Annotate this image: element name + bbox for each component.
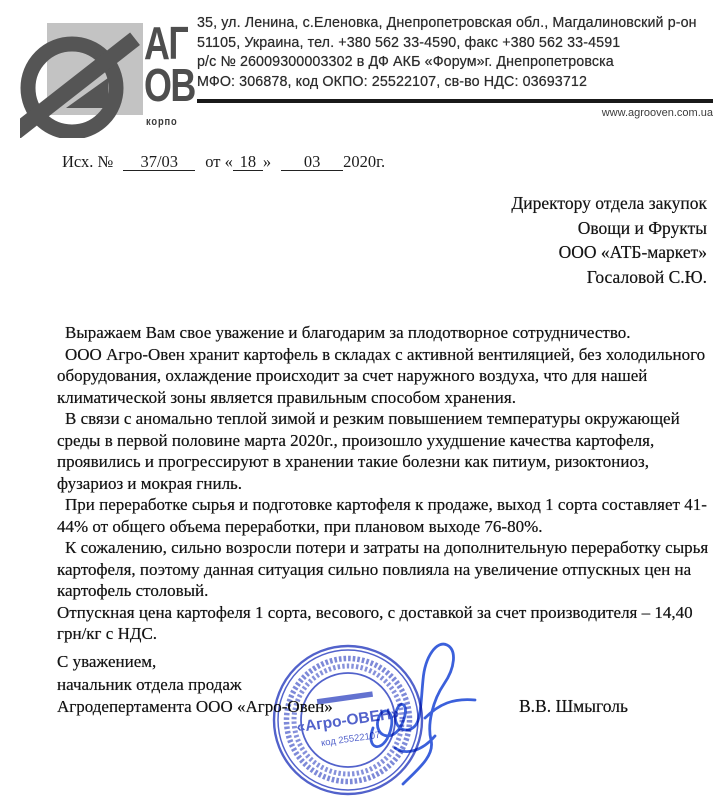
reference-month: 03 — [281, 153, 343, 171]
letter-page: { "colors": { "stamp_blue": "#3a4cc4", "… — [0, 0, 728, 800]
body-paragraph: ООО Агро-Овен хранит картофель в складах… — [57, 344, 711, 409]
logo-caption: корпо — [146, 116, 178, 128]
reference-quote-close: » — [263, 152, 271, 171]
logo-letters-line2: ОВ — [144, 64, 196, 106]
recipient-line: Госаловой С.Ю. — [511, 265, 707, 290]
body-paragraph: При переработке сырья и подготовке карто… — [57, 494, 711, 537]
logo-letters-line1: АГ — [144, 22, 196, 64]
address-line: р/с № 26009300003302 в ДФ АКБ «Форум»г. … — [197, 53, 717, 73]
company-address-block: 35, ул. Ленина, с.Еленовка, Днепропетров… — [197, 14, 717, 92]
body-paragraph: Выражаем Вам свое уважение и благодарим … — [57, 322, 711, 344]
reference-year: 2020г. — [343, 152, 385, 171]
reference-line: Исх. №37/03от «18»032020г. — [62, 152, 385, 172]
letterhead: АГ ОВ корпо 35, ул. Ленина, с.Еленовка, … — [0, 0, 728, 135]
reference-label: Исх. № — [62, 152, 113, 171]
signer-name: В.В. Шмыголь — [519, 696, 628, 717]
reference-preposition: от « — [205, 152, 233, 171]
company-logo: АГ ОВ корпо — [20, 12, 196, 138]
logo-letters: АГ ОВ — [144, 22, 196, 107]
recipient-line: ООО «АТБ-маркет» — [511, 240, 707, 265]
recipient-block: Директору отдела закупок Овощи и Фрукты … — [511, 191, 707, 289]
body-paragraph: К сожалению, сильно возросли потери и за… — [57, 537, 711, 602]
recipient-line: Овощи и Фрукты — [511, 216, 707, 241]
letterhead-divider — [197, 99, 713, 103]
address-line: МФО: 306878, код ОКПО: 25522107, св-во Н… — [197, 73, 717, 93]
letter-body: Выражаем Вам свое уважение и благодарим … — [57, 322, 711, 645]
address-line: 35, ул. Ленина, с.Еленовка, Днепропетров… — [197, 14, 717, 34]
recipient-line: Директору отдела закупок — [511, 191, 707, 216]
handwritten-signature — [355, 638, 525, 793]
reference-number: 37/03 — [123, 153, 195, 171]
body-paragraph: В связи с аномально теплой зимой и резки… — [57, 408, 711, 494]
website-label: www.agrooven.com.ua — [602, 107, 713, 119]
agro-oven-logo-icon — [20, 30, 144, 138]
address-line: 51105, Украина, тел. +380 562 33-4590, ф… — [197, 34, 717, 54]
reference-day: 18 — [233, 153, 263, 171]
